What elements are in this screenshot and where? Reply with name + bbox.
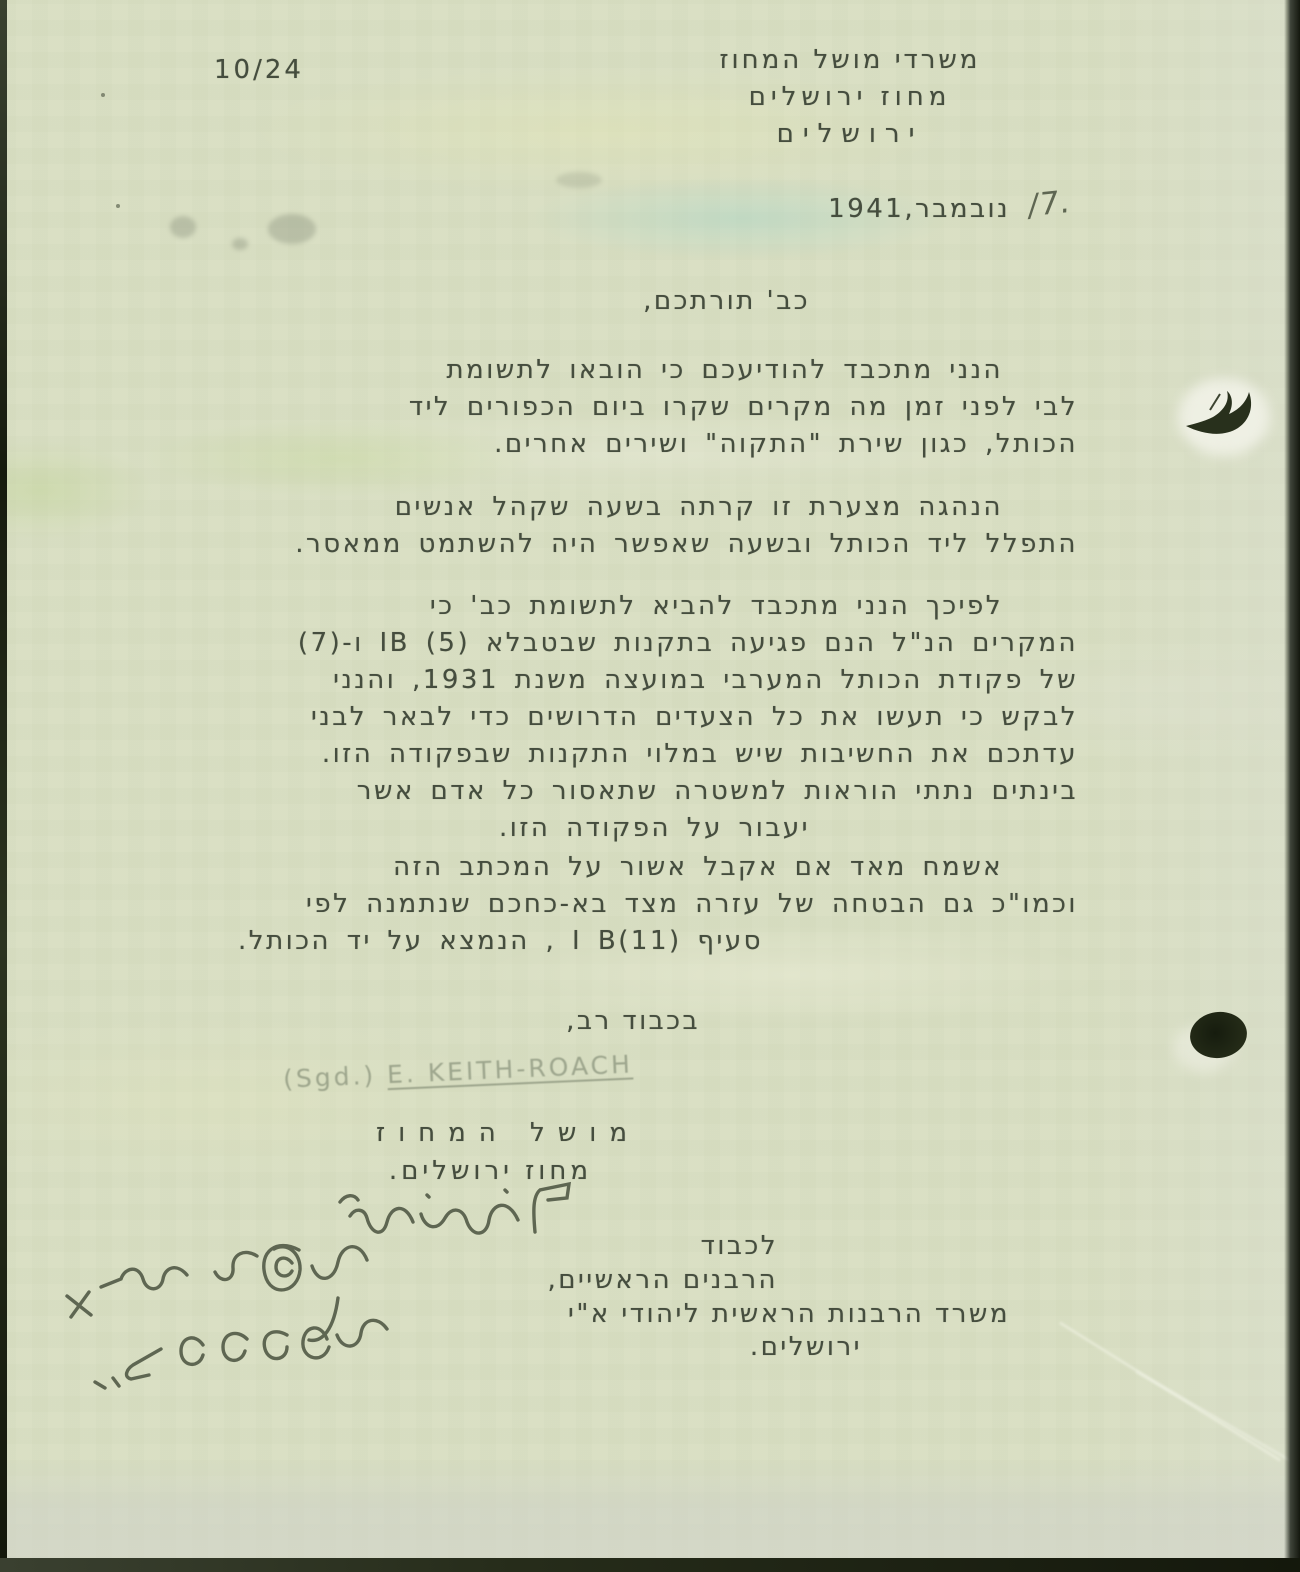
letterhead-office: משרדי מושל המחוז <box>688 42 1012 79</box>
body-line: לבי לפני זמן מה מקרים שקרו ביום הכפורים … <box>409 389 1078 426</box>
scan-edge-right <box>1284 0 1300 1572</box>
pencil-smudge <box>232 238 248 250</box>
scan-light-band-bottom <box>0 1458 1300 1572</box>
body-line: יעבור על הפקודה הזו. <box>298 810 810 847</box>
recipient-honorific: לכבוד <box>701 1231 778 1261</box>
paragraph-4: אשמח מאד אם אקבל אשור על המכתב הזה וכמו"… <box>238 849 1078 960</box>
body-line: הכותל, כגון שירת "התקוה" ושירים אחרים. <box>409 426 1078 463</box>
salutation: כב' תורתכם, <box>643 286 810 316</box>
body-line: סעיף I B(11) , הנמצא על יד הכותל. <box>238 923 763 960</box>
fold-line <box>1059 1321 1281 1461</box>
ink-speck <box>116 204 120 208</box>
body-line: לבקש כי תעשו את כל הצעדים הדרושים כדי לב… <box>298 699 1078 736</box>
scan-edge-left <box>0 0 7 1572</box>
body-line: של פקודת הכותל המערבי במועצה משנת 1931, … <box>298 662 1078 699</box>
handwritten-annotation <box>35 1178 580 1396</box>
stamp-sgd-label: (Sgd.) <box>283 1061 377 1094</box>
paragraph-3: לפיכך הנני מתכבד להביא לתשומת כב' כי המק… <box>298 588 1078 847</box>
valediction: בכבוד רב, <box>566 1006 700 1036</box>
letterhead-district: מחוז ירושלים <box>688 79 1012 116</box>
fold-line <box>1135 1370 1300 1493</box>
body-line: בינתים נתתי הוראות למשטרה שתאסור כל אדם … <box>298 773 1078 810</box>
torn-punch-mark <box>1178 380 1262 448</box>
body-line: עדתכם את החשיבות שיש במלוי התקנות שבפקוד… <box>298 736 1078 773</box>
letter-page: 10/24 משרדי מושל המחוז מחוז ירושלים ירוש… <box>0 0 1300 1572</box>
recipient-city: ירושלים. <box>750 1332 862 1362</box>
date-handwritten-day: /7. <box>1027 184 1071 225</box>
recipient-office: משרד הרבנות הראשית ליהודי א"י <box>568 1299 1010 1329</box>
paragraph-1: הנני מתכבד להודיעכם כי הובאו לתשומת לבי … <box>409 352 1078 463</box>
scan-light-band-right <box>1090 0 1286 1572</box>
date-typed: נובמבר,1941 <box>828 194 1010 224</box>
letterhead: משרדי מושל המחוז מחוז ירושלים ירושלים <box>688 42 1012 153</box>
signer-title: מושל המחוז <box>376 1118 640 1148</box>
body-line: הנני מתכבד להודיעכם כי הובאו לתשומת <box>409 352 1003 389</box>
body-line: לפיכך הנני מתכבד להביא לתשומת כב' כי <box>298 588 1003 625</box>
pencil-smudge <box>268 214 316 244</box>
recipient-name: הרבנים הראשיים, <box>547 1265 778 1295</box>
scan-edge-bottom <box>0 1558 1300 1572</box>
pencil-smudge <box>556 172 602 188</box>
ink-speck <box>101 93 105 97</box>
body-line: אשמח מאד אם אקבל אשור על המכתב הזה <box>238 849 1003 886</box>
body-line: הנהגה מצערת זו קרתה בשעה שקהל אנשים <box>295 489 1003 526</box>
body-line: וכמו"כ גם הבטחה של עזרה מצד בא-כחכם שנתמ… <box>238 886 1078 923</box>
signature-stamp: (Sgd.) E. KEITH-ROACH <box>283 1047 684 1093</box>
paragraph-2: הנהגה מצערת זו קרתה בשעה שקהל אנשים התפל… <box>295 489 1078 563</box>
letterhead-city: ירושלים <box>688 116 1012 153</box>
body-line: התפלל ליד הכותל ובשעה שאפשר היה להשתמט מ… <box>295 526 1078 563</box>
reference-number: 10/24 <box>214 55 304 85</box>
pencil-smudge <box>170 216 196 238</box>
stamp-signer-name: E. KEITH-ROACH <box>386 1049 633 1089</box>
body-line: המקרים הנ"ל הנם פגיעה בתקנות שבטבלא IB (… <box>298 625 1078 662</box>
